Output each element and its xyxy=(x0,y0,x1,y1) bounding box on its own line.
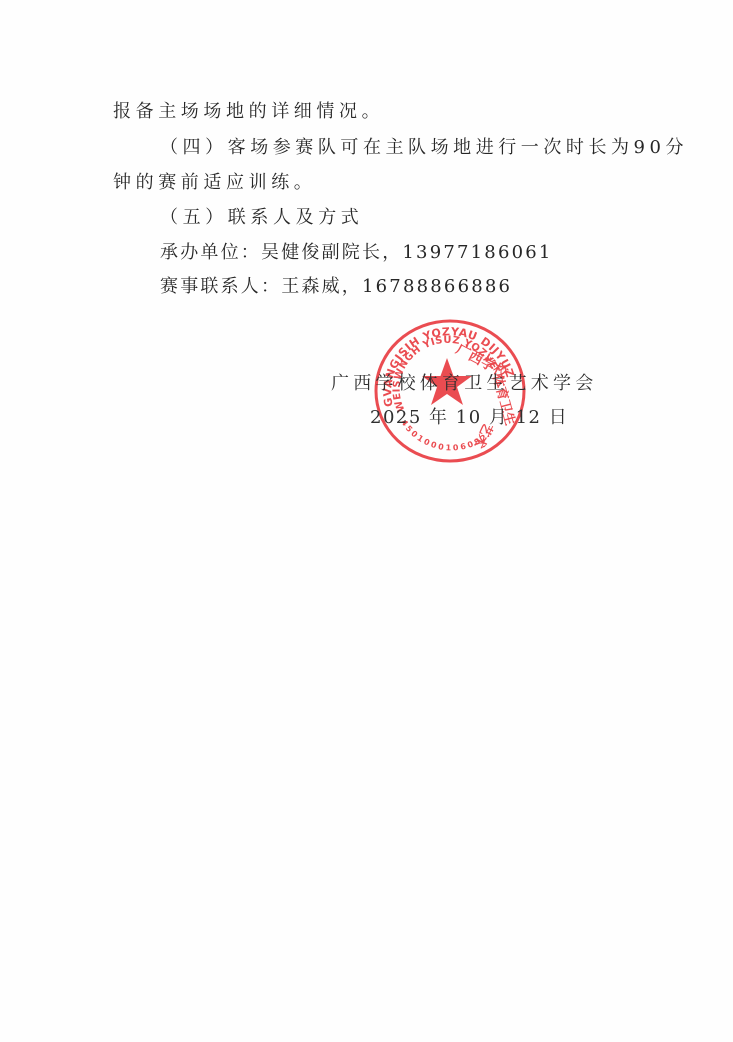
paragraph-item-4: （四）客场参赛队可在主队场地进行一次时长为90分 xyxy=(160,137,688,159)
paragraph-item-4-continued: 钟的赛前适应训练。 xyxy=(113,172,316,194)
document-page: 报备主场场地的详细情况。 （四）客场参赛队可在主队场地进行一次时长为90分 钟的… xyxy=(0,0,733,1042)
section-heading-contacts: （五）联系人及方式 xyxy=(160,207,363,229)
paragraph-venue-details: 报备主场场地的详细情况。 xyxy=(113,101,384,123)
contact-organizer: 承办单位：吴健俊副院长，13977186061 xyxy=(160,242,553,264)
contact-event: 赛事联系人：王森威，16788866886 xyxy=(160,276,512,298)
signature-organization: 广西学校体育卫生艺术学会 xyxy=(331,373,597,395)
signature-date: 2025 年 10 月 12 日 xyxy=(370,407,568,429)
